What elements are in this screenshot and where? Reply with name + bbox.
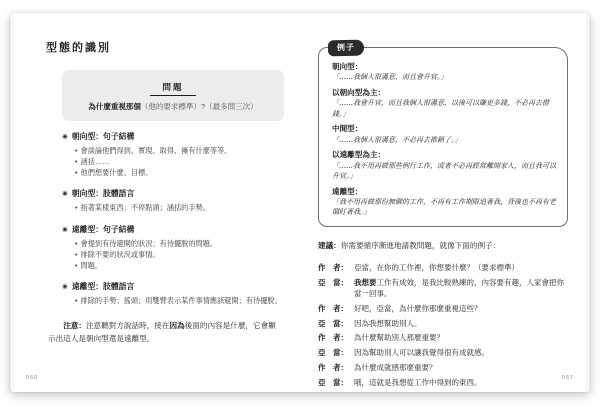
page-number-left: 066 [26, 375, 38, 381]
bullet-item: •排除不要的狀況或事情。 [75, 249, 286, 260]
section-heading-text: 遠離型：句子結構 [72, 225, 134, 234]
dialogue-text: 因為幫助別人可以讓我覺得很有成就感。 [354, 347, 568, 358]
dialogue-row: 作 者： 好吧，亞當，為什麼你那麼重視這些？ [318, 303, 568, 314]
dialogue-text: 為什麼幫助別人那麼重要？ [354, 332, 568, 343]
asterisk-marker-icon: ✳ [62, 227, 68, 234]
bullet-dot-icon: • [75, 146, 78, 155]
left-page: 型態的識別 問題 為什麼重視那個（他的要求標準）?（最多問三次） ✳朝向型：句子… [10, 13, 300, 392]
section-toward-body: ✳朝向型：肢體語言 •指著某樣東西；不停點頭；涵括的手勢。 [62, 188, 286, 213]
question-bold: 為什麼重視那個 [88, 102, 141, 111]
example-quote: 「……我會升官，而且我個人很滿意，以後可以賺更多錢，不必再去借錢。」 [332, 98, 556, 119]
question-line: 為什麼重視那個（他的要求標準）?（最多問三次） [72, 101, 274, 112]
bullet-dot-icon: • [75, 296, 78, 305]
example-tag: 例子 [328, 40, 364, 56]
dialogue-text-rest: 工作有成效，是我比較熟練的，內容要有趣，人家會把你當一回事。 [354, 278, 564, 298]
dialogue-text: 為什麼成就感那麼重要？ [354, 362, 568, 373]
question-box-title: 問題 [150, 81, 195, 96]
bullet-item: •會提到有待避開的狀況；有待擺脫的問題。 [75, 238, 286, 249]
bullet-list: •會談論他們得到、實現、取得、擁有什麼等等。 •涵括…… •他們想要什麼、目標。 [75, 145, 286, 178]
example-heading: 中間型： [332, 123, 556, 134]
dialogue-row: 亞 當： 我想要工作有成效，是我比較熟練的，內容要有趣，人家會把你當一回事。 [318, 277, 568, 300]
bullet-item: •問題。 [75, 260, 286, 271]
suggestion-text: 你需要循序漸進地請教問題，就像下面的例子： [341, 241, 500, 250]
example-item: 以遠離型為主： 「……我不用再做那些例行工作，或者不必再經常離開家人，而且我可以… [332, 149, 556, 181]
speaker-label: 作 者： [318, 303, 354, 314]
bullet-text: 問題。 [81, 261, 103, 270]
example-item: 朝向型： 「……我個人很滿意，而且會升官。」 [332, 61, 556, 83]
note-bold-word: 因為 [170, 321, 185, 330]
section-heading: ✳遠離型：肢體語言 [62, 281, 286, 292]
dialogue-text: 因為我想幫助別人。 [354, 318, 568, 329]
question-rest: （他的要求標準）?（最多問三次） [141, 102, 258, 111]
example-heading: 遠離型： [332, 186, 556, 197]
dialogue-text: 我想要工作有成效，是我比較熟練的，內容要有趣，人家會把你當一回事。 [354, 277, 568, 300]
suggestion-paragraph: 建議：你需要循序漸進地請教問題，就像下面的例子： [318, 240, 568, 252]
section-heading-text: 朝向型：肢體語言 [72, 189, 134, 198]
bullet-item: •指著某樣東西；不停點頭；涵括的手勢。 [75, 202, 286, 213]
bullet-dot-icon: • [75, 250, 78, 259]
book-spread: 型態的識別 問題 為什麼重視那個（他的要求標準）?（最多問三次） ✳朝向型：句子… [10, 13, 590, 392]
example-heading: 朝向型： [332, 61, 556, 72]
example-item: 以朝向型為主： 「……我會升官，而且我個人很滿意，以後可以賺更多錢，不必再去借錢… [332, 87, 556, 119]
dialogue-text: 哦，這就是我想從工作中得到的東西。 [354, 377, 568, 388]
question-box: 問題 為什麼重視那個（他的要求標準）?（最多問三次） [62, 70, 284, 121]
example-quote: 「……我個人很滿意，而且會升官。」 [332, 72, 556, 83]
example-quote: 「……我個人很滿意，不必再去推銷了。」 [332, 135, 556, 146]
bullet-text: 涵括…… [81, 157, 110, 166]
dialogue-list: 作 者： 亞當，在你的工作裡，你想要什麼？（要求標準） 亞 當： 我想要工作有成… [318, 262, 568, 388]
bullet-text: 會談論他們得到、實現、取得、擁有什麼等等。 [81, 146, 232, 155]
book-photo: 型態的識別 問題 為什麼重視那個（他的要求標準）?（最多問三次） ✳朝向型：句子… [0, 0, 600, 409]
section-toward-sentence: ✳朝向型：句子結構 •會談論他們得到、實現、取得、擁有什麼等等。 •涵括…… •… [62, 131, 286, 178]
pattern-sections: ✳朝向型：句子結構 •會談論他們得到、實現、取得、擁有什麼等等。 •涵括…… •… [62, 131, 286, 306]
note-paragraph: 注意：注意聽對方說話時，接在因為後面的內容是什麼，它會顯示出這人是朝向型還是遠離… [48, 320, 286, 346]
note-label: 注意： [63, 321, 86, 330]
dialogue-text: 好吧，亞當，為什麼你那麼重視這些？ [354, 303, 568, 314]
example-quote: 「……我不用再做那些例行工作，或者不必再經常離開家人，而且我可以升官。」 [332, 161, 556, 182]
bullet-text: 排除的手勢；搖頭；用雙臂表示某件事情應該避開；有待擺脫。 [81, 296, 282, 305]
suggestion-label: 建議： [318, 241, 341, 250]
example-heading: 以朝向型為主： [332, 87, 556, 98]
bullet-list: •會提到有待避開的狀況；有待擺脫的問題。 •排除不要的狀況或事情。 •問題。 [75, 238, 286, 271]
bullet-list: •排除的手勢；搖頭；用雙臂表示某件事情應該避開；有待擺脫。 [75, 295, 286, 306]
bullet-dot-icon: • [75, 157, 78, 166]
section-heading-text: 朝向型：句子結構 [72, 132, 134, 141]
bullet-item: •涵括…… [75, 156, 286, 167]
bullet-text: 指著某樣東西；不停點頭；涵括的手勢。 [81, 203, 210, 212]
asterisk-marker-icon: ✳ [62, 191, 68, 198]
section-heading: ✳朝向型：句子結構 [62, 131, 286, 142]
bullet-list: •指著某樣東西；不停點頭；涵括的手勢。 [75, 202, 286, 213]
example-heading: 以遠離型為主： [332, 149, 556, 160]
dialogue-row: 作 者： 亞當，在你的工作裡，你想要什麼？（要求標準） [318, 262, 568, 273]
example-item: 中間型： 「……我個人很滿意，不必再去推銷了。」 [332, 123, 556, 145]
bullet-text: 他們想要什麼、目標。 [81, 168, 153, 177]
speaker-label: 亞 當： [318, 377, 354, 388]
speaker-label: 亞 當： [318, 347, 354, 358]
bullet-dot-icon: • [75, 168, 78, 177]
speaker-label: 亞 當： [318, 318, 354, 329]
note-text-before: 注意聽對方說話時，接在 [86, 321, 170, 330]
right-page: 例子 朝向型： 「……我個人很滿意，而且會升官。」 以朝向型為主： 「……我會升… [300, 13, 590, 392]
bullet-item: •會談論他們得到、實現、取得、擁有什麼等等。 [75, 145, 286, 156]
dialogue-row: 亞 當： 哦，這就是我想從工作中得到的東西。 [318, 377, 568, 388]
dialogue-row: 亞 當： 因為幫助別人可以讓我覺得很有成就感。 [318, 347, 568, 358]
bullet-item: •排除的手勢；搖頭；用雙臂表示某件事情應該避開；有待擺脫。 [75, 295, 286, 306]
example-quote: 「我不用再做那份無聊的工作，不再有工作期限追著我，背後也不再有老闆盯著我。」 [332, 197, 556, 218]
section-heading: ✳朝向型：肢體語言 [62, 188, 286, 199]
dialogue-bold-prefix: 我想要 [354, 278, 377, 287]
speaker-label: 作 者： [318, 332, 354, 343]
section-heading-text: 遠離型：肢體語言 [72, 282, 134, 291]
bullet-text: 排除不要的狀況或事情。 [81, 250, 160, 259]
bullet-item: •他們想要什麼、目標。 [75, 167, 286, 178]
example-item: 遠離型： 「我不用再做那份無聊的工作，不再有工作期限追著我，背後也不再有老闆盯著… [332, 186, 556, 218]
dialogue-text: 亞當，在你的工作裡，你想要什麼？（要求標準） [354, 262, 568, 273]
bullet-dot-icon: • [75, 239, 78, 248]
page-title: 型態的識別 [46, 39, 286, 55]
section-heading: ✳遠離型：句子結構 [62, 224, 286, 235]
dialogue-row: 作 者： 為什麼幫助別人那麼重要？ [318, 332, 568, 343]
asterisk-marker-icon: ✳ [62, 134, 68, 141]
bullet-dot-icon: • [75, 261, 78, 270]
speaker-label: 亞 當： [318, 277, 354, 300]
section-away-sentence: ✳遠離型：句子結構 •會提到有待避開的狀況；有待擺脫的問題。 •排除不要的狀況或… [62, 224, 286, 271]
asterisk-marker-icon: ✳ [62, 284, 68, 291]
dialogue-row: 作 者： 為什麼成就感那麼重要？ [318, 362, 568, 373]
page-number-right: 067 [562, 375, 574, 381]
bullet-dot-icon: • [75, 203, 78, 212]
dialogue-row: 亞 當： 因為我想幫助別人。 [318, 318, 568, 329]
speaker-label: 作 者： [318, 262, 354, 273]
example-box: 例子 朝向型： 「……我個人很滿意，而且會升官。」 以朝向型為主： 「……我會升… [318, 47, 568, 227]
bullet-text: 會提到有待避開的狀況；有待擺脫的問題。 [81, 239, 218, 248]
speaker-label: 作 者： [318, 362, 354, 373]
section-away-body: ✳遠離型：肢體語言 •排除的手勢；搖頭；用雙臂表示某件事情應該避開；有待擺脫。 [62, 281, 286, 306]
